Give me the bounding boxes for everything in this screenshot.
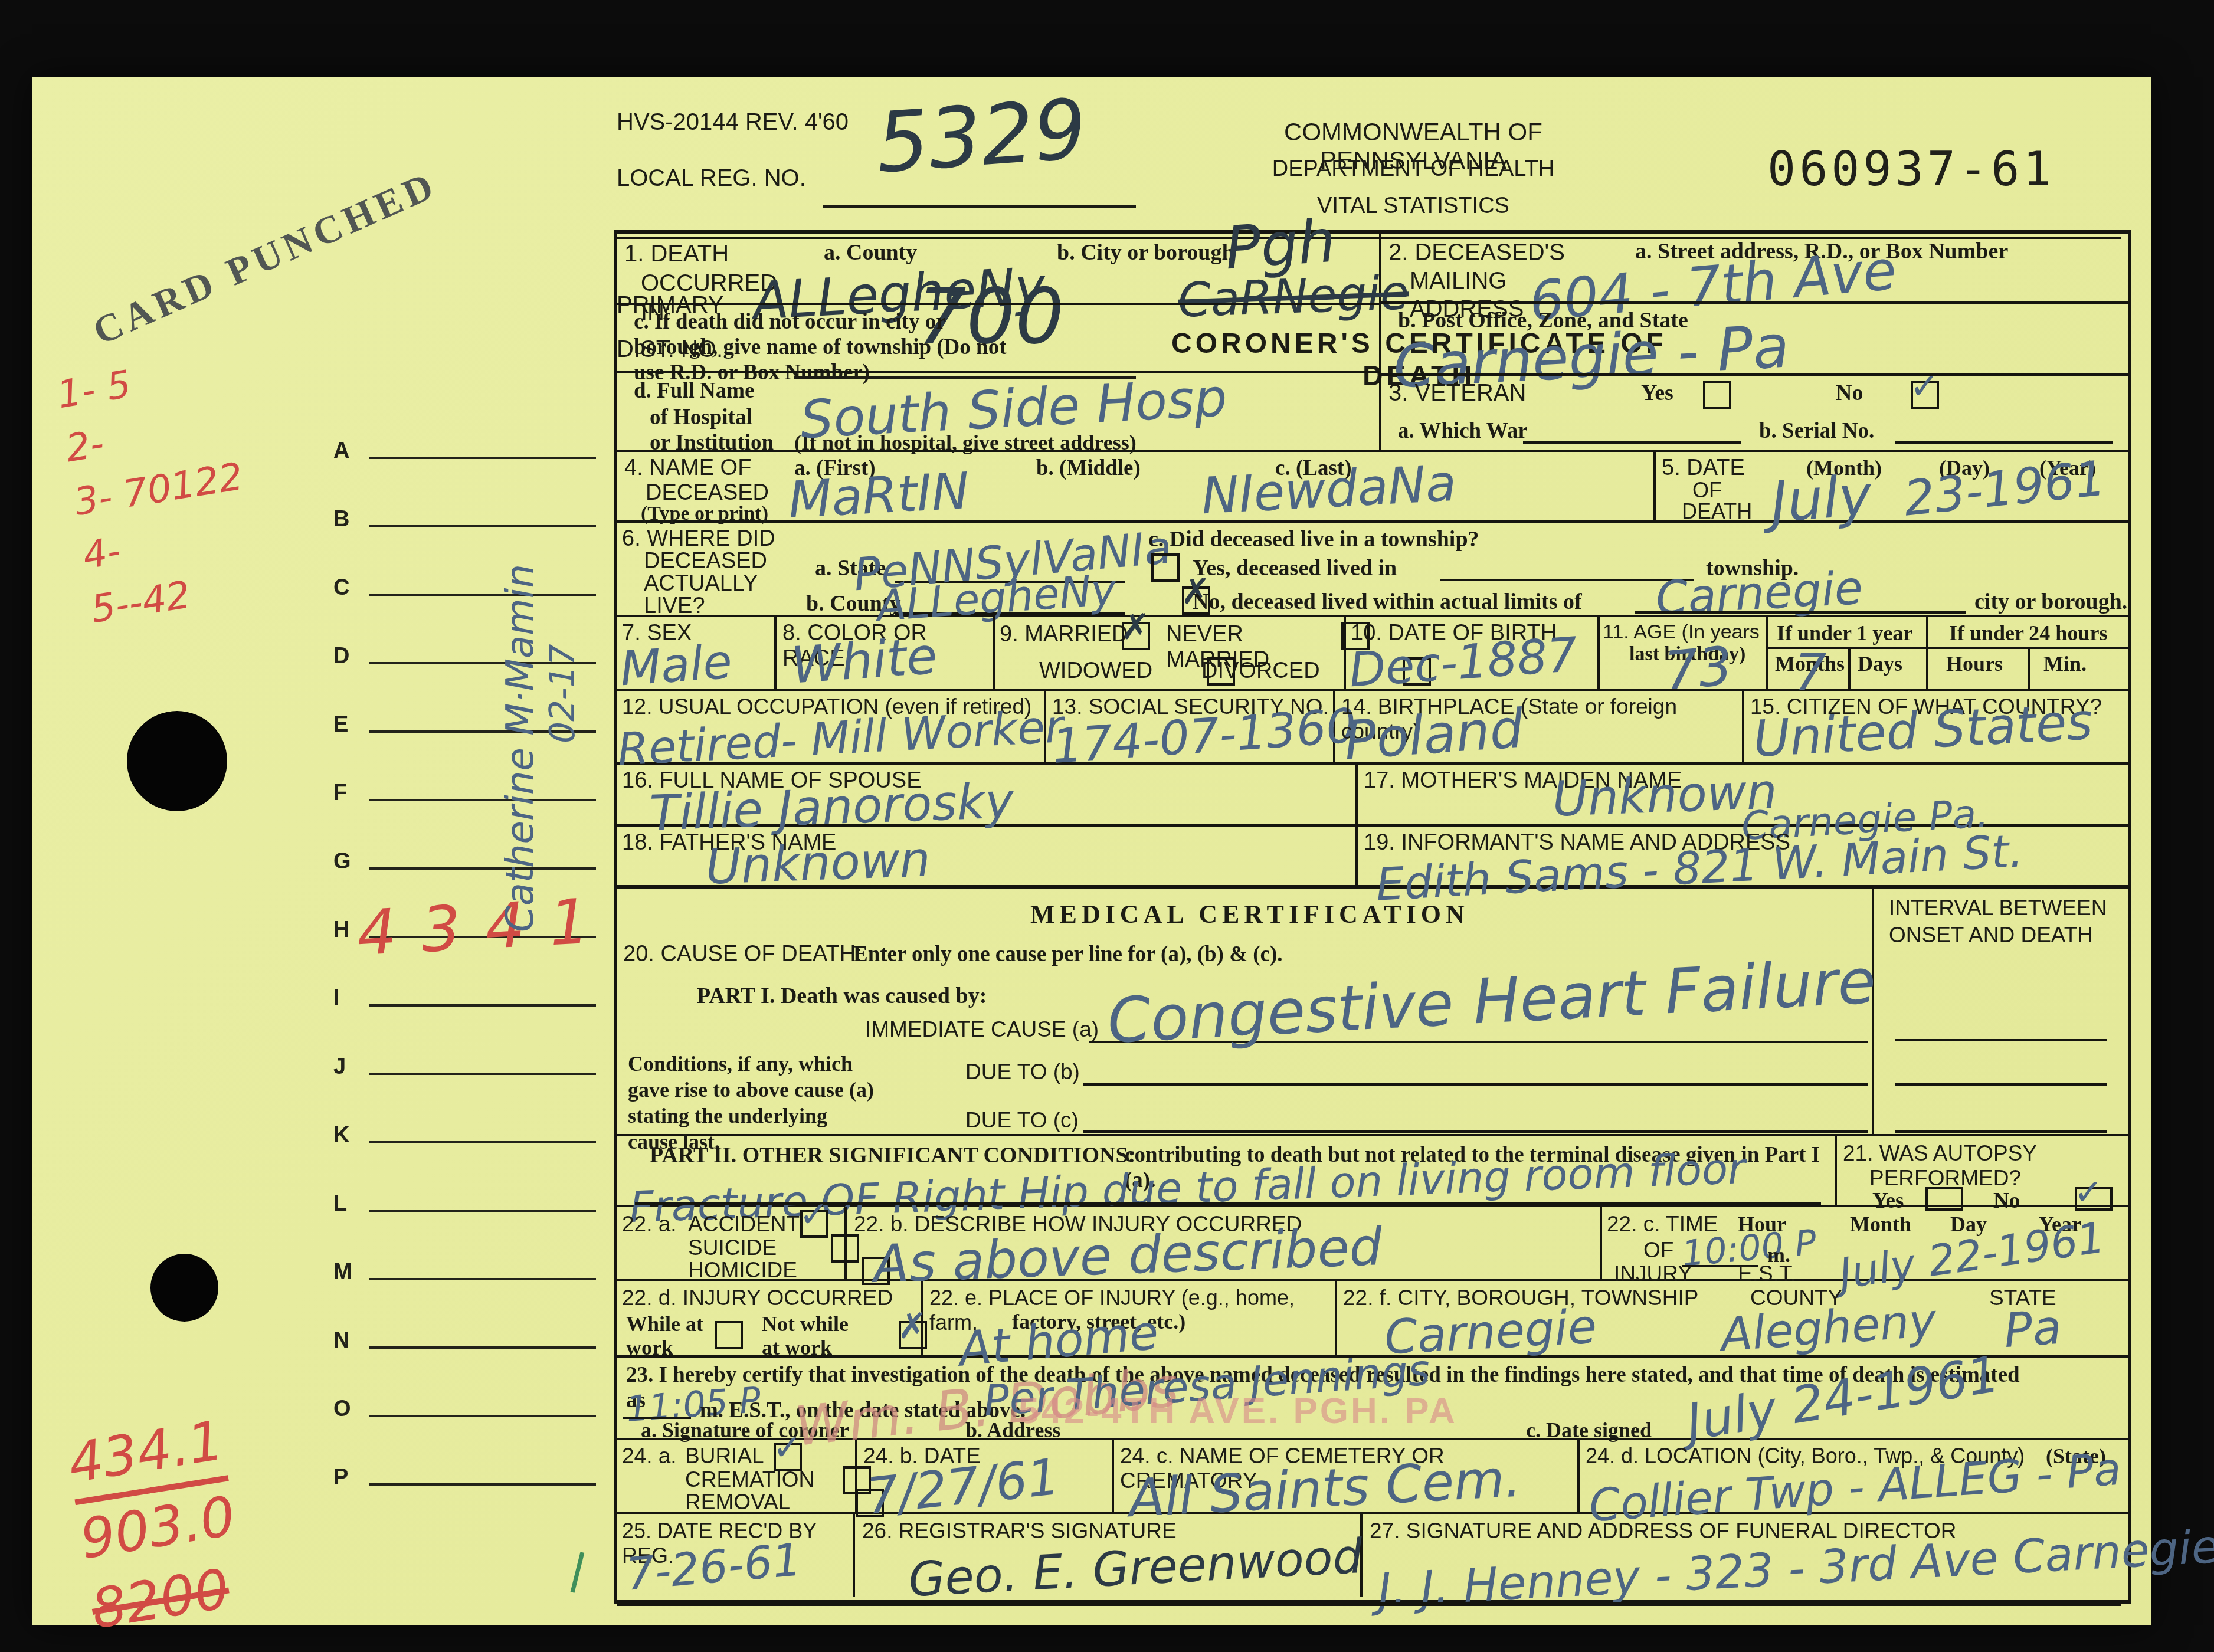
- box3-label: 3. VETERAN: [1388, 380, 1526, 407]
- interval-line: [1895, 1039, 2107, 1041]
- margin-letter: K: [333, 1123, 369, 1148]
- box22d-label: 22. d. INJURY OCCURRED: [622, 1286, 893, 1310]
- box1c-label: c. If death did not occur in city or bor…: [634, 309, 1011, 385]
- homicide-label: HOMICIDE: [688, 1258, 797, 1283]
- veteran-yes-checkbox[interactable]: [1703, 381, 1731, 409]
- box9-divorced-label: DIVORCED: [1201, 658, 1320, 684]
- card-punched-stamp: CARD PUNCHED: [87, 162, 444, 354]
- box7-value: Male: [618, 634, 734, 697]
- box24b: 24. b. DATE 7/27/61: [857, 1440, 1114, 1512]
- hours-min-divider: [2028, 647, 2030, 689]
- box1-number: 1. DEATH: [624, 241, 729, 267]
- margin-letter: A: [333, 438, 369, 464]
- accident-checkbox[interactable]: ✓: [800, 1209, 828, 1238]
- box20: MEDICAL CERTIFICATION 20. CAUSE OF DEATH…: [617, 889, 1874, 1134]
- box2-number: MAILING: [1410, 268, 1506, 294]
- margin-letter-row: P: [333, 1422, 596, 1490]
- box6-no-value: Carnegie: [1655, 562, 1864, 625]
- box6-no-label: No, deceased lived within actual limits …: [1193, 589, 1582, 615]
- local-reg-value: 5329: [873, 81, 1090, 192]
- box18: 18. FATHER'S NAME Unknown: [617, 827, 1358, 885]
- margin-letter-row: L: [333, 1148, 596, 1217]
- box18-value: Unknown: [705, 831, 931, 895]
- under24-label: If under 24 hours: [1949, 621, 2107, 645]
- not-while-at-work-label: Not while: [762, 1312, 849, 1336]
- while-at-work-label: work: [626, 1335, 673, 1360]
- box13: 13. SOCIAL SECURITY NO. 174-07-1360: [1046, 691, 1335, 762]
- accident-label: ACCIDENT: [688, 1212, 800, 1237]
- box20-label: 20. CAUSE OF DEATH:: [623, 942, 862, 967]
- burial-label: BURIAL: [685, 1444, 764, 1469]
- x-mark: ✗: [1121, 607, 1150, 648]
- box5-dayyear-value: 23-1961: [1901, 450, 2108, 527]
- month-header: Month: [1850, 1212, 1911, 1237]
- veteran-no-checkbox[interactable]: ✓: [1911, 381, 1939, 409]
- box4c-value: NIewdaNa: [1200, 454, 1458, 526]
- address-stamp: 542-4TH AVE. PGH. PA: [1018, 1390, 1458, 1432]
- box24c: 24. c. NAME OF CEMETERY OR CREMATORY All…: [1114, 1440, 1580, 1512]
- township-yes-checkbox[interactable]: [1151, 553, 1180, 582]
- row-13: 24. a. BURIAL ✓ CREMATION REMOVAL 24. b.…: [617, 1440, 2128, 1514]
- box27: 27. SIGNATURE AND ADDRESS OF FUNERAL DIR…: [1363, 1514, 2128, 1597]
- box6-yes-label: Yes, deceased lived in: [1193, 555, 1397, 581]
- checkmark: ✓: [772, 1427, 802, 1469]
- certificate-number: 060937-61: [1767, 142, 2055, 196]
- box6-borough-label: city or borough.: [1974, 589, 2127, 615]
- box9: 9. MARRIED ✗ NEVER MARRIED WIDOWED DIVOR…: [995, 617, 1346, 689]
- margin-letter: L: [333, 1191, 369, 1217]
- x-mark: ✗: [898, 1306, 927, 1347]
- due-to-b-line: [1083, 1083, 1868, 1086]
- margin-letter: M: [333, 1260, 369, 1285]
- interval-label: INTERVAL BETWEEN: [1889, 896, 2107, 920]
- margin-letter: I: [333, 986, 369, 1011]
- box20-note: Enter only one cause per line for (a), (…: [853, 942, 1283, 967]
- not-while-at-work-label: at work: [762, 1335, 832, 1360]
- box1d-label: d. Full Name: [634, 378, 755, 404]
- vertical-name: Catherine M·Mamin: [499, 195, 542, 932]
- box15: 15. CITIZEN OF WHAT COUNTRY? United Stat…: [1744, 691, 2128, 762]
- min-label: Min.: [2043, 651, 2087, 676]
- row-1: 1. DEATH OCCURRED IN: a. County b. City …: [617, 234, 2128, 452]
- box1: 1. DEATH OCCURRED IN: a. County b. City …: [617, 234, 1381, 450]
- box16: 16. FULL NAME OF SPOUSE Tillie Janorosky: [617, 765, 1358, 824]
- box9-married-label: 9. MARRIED: [1000, 622, 1128, 647]
- date-signed-label: c. Date signed: [1526, 1418, 1652, 1443]
- box6-number: 6. WHERE DID: [622, 526, 775, 552]
- state-value: Pa: [2002, 1300, 2064, 1359]
- row-14: 25. DATE REC'D BY REG. 7-26-61 26. REGIS…: [617, 1514, 2128, 1597]
- box8-value: White: [790, 627, 939, 696]
- months-days-divider: [1848, 647, 1851, 689]
- certificate-form: 1. DEATH OCCURRED IN: a. County b. City …: [614, 230, 2131, 1604]
- margin-letter-line: [369, 1004, 596, 1007]
- certificate-paper: CARD PUNCHED 1- 5 2- 3- 70122 4- 5--42 A…: [32, 77, 2151, 1625]
- box25: 25. DATE REC'D BY REG. 7-26-61: [617, 1514, 855, 1597]
- row-10: 22. a. ACCIDENT ✓ SUICIDE HOMICIDE 22. b…: [617, 1207, 2128, 1281]
- margin-letter-row: O: [333, 1353, 596, 1422]
- suicide-label: SUICIDE: [688, 1235, 777, 1260]
- box11-under24: If under 24 hours Hours Min.: [1928, 617, 2128, 689]
- immediate-cause-label: IMMEDIATE CAUSE (a): [865, 1017, 1099, 1042]
- box8: 8. COLOR OR RACE White: [777, 617, 995, 689]
- interval-label: ONSET AND DEATH: [1889, 923, 2093, 948]
- removal-label: REMOVAL: [685, 1490, 790, 1515]
- margin-letter: P: [333, 1465, 369, 1490]
- box26-label: 26. REGISTRAR'S SIGNATURE: [862, 1519, 1177, 1543]
- box21-label: 21. WAS AUTOPSY: [1843, 1141, 2037, 1166]
- box1d-label: of Hospital: [650, 405, 752, 430]
- margin-code-list: 1- 5 2- 3- 70122 4- 5--42: [54, 342, 264, 637]
- box19: 19. INFORMANT'S NAME AND ADDRESS Edith S…: [1358, 827, 2128, 885]
- box24d: 24. d. LOCATION (City, Boro., Twp., & Co…: [1580, 1440, 2128, 1512]
- margin-letter: F: [333, 781, 369, 806]
- part1-label: PART I. Death was caused by:: [697, 983, 987, 1009]
- vertical-number: 02-17: [542, 195, 582, 743]
- margin-letter: G: [333, 849, 369, 874]
- row-2: 4. NAME OF DECEASED (Type or print) a. (…: [617, 452, 2128, 523]
- margin-letter: B: [333, 507, 369, 532]
- medical-certification-title: MEDICAL CERTIFICATION: [1030, 899, 1469, 929]
- box9-widowed-label: WIDOWED: [1039, 658, 1152, 684]
- interval-column: INTERVAL BETWEEN ONSET AND DEATH: [1874, 889, 2128, 1134]
- cremation-label: CREMATION: [685, 1467, 814, 1492]
- part2-label: PART II. OTHER SIGNIFICANT CONDITIONS:: [650, 1142, 1135, 1168]
- box6-number: ACTUALLY: [644, 571, 758, 596]
- box22a-number: 22. a.: [622, 1212, 677, 1237]
- punch-hole: [127, 711, 227, 811]
- margin-letter-line: [369, 1209, 596, 1212]
- box11: 11. AGE (In years last birthday) 73: [1600, 617, 1768, 689]
- checkmark: ✓: [1910, 366, 1939, 407]
- margin-codes-bottom: 434.1 903.0 8200: [64, 1405, 251, 1646]
- box26: 26. REGISTRAR'S SIGNATURE Geo. E. Greenw…: [855, 1514, 1363, 1597]
- box4b-label: b. (Middle): [1036, 455, 1141, 481]
- interval-line: [1895, 1083, 2107, 1086]
- box6-number: DECEASED: [644, 549, 767, 574]
- while-at-work-checkbox[interactable]: [715, 1321, 743, 1349]
- row-5: 12. USUAL OCCUPATION (even if retired) R…: [617, 691, 2128, 765]
- interval-line: [1895, 1130, 2107, 1133]
- box7: 7. SEX Male: [617, 617, 777, 689]
- margin-letter-line: [369, 1346, 596, 1349]
- due-to-c-label: DUE TO (c): [965, 1108, 1079, 1133]
- box1-divider2: [617, 371, 1381, 373]
- double-rule-bottom: [617, 1602, 2121, 1606]
- margin-letter-line: [369, 1483, 596, 1486]
- box3-serial-label: b. Serial No.: [1759, 418, 1874, 444]
- box4-number: (Type or print): [641, 503, 768, 525]
- margin-letter: O: [333, 1397, 369, 1422]
- box3-divider: [1381, 373, 2128, 376]
- box1-divider: [617, 303, 1381, 305]
- box22b: 22. b. DESCRIBE HOW INJURY OCCURRED As a…: [847, 1207, 1602, 1279]
- box6c-label: c. Did deceased live in a township?: [1148, 526, 1479, 552]
- borough-line: [1635, 611, 1966, 614]
- while-at-work-label: While at: [626, 1312, 703, 1336]
- row-12: 23. I hereby certify that investigation …: [617, 1358, 2128, 1440]
- box10: 10. DATE OF BIRTH Dec-1887: [1346, 617, 1600, 689]
- box4a-value: MaRtIN: [787, 462, 971, 530]
- box5-number: DEATH: [1682, 499, 1752, 524]
- due-to-c-line: [1083, 1130, 1868, 1133]
- box24a-number: 24. a.: [622, 1444, 677, 1469]
- box14: 14. BIRTHPLACE (State or foreign country…: [1335, 691, 1744, 762]
- form-number: HVS-20144 REV. 4'60: [617, 109, 849, 136]
- burial-checkbox[interactable]: ✓: [774, 1443, 802, 1471]
- box21: 21. WAS AUTOPSY PERFORMED? Yes No ✓: [1837, 1136, 2128, 1205]
- margin-letter: J: [333, 1054, 369, 1080]
- row-7: 18. FATHER'S NAME Unknown 19. INFORMANT'…: [617, 827, 2128, 889]
- box22e: 22. e. PLACE OF INJURY (e.g., home, farm…: [923, 1281, 1337, 1355]
- box11-under1: If under 1 year Months Days 7: [1768, 617, 1928, 689]
- margin-letter: D: [333, 644, 369, 669]
- row-4: 7. SEX Male 8. COLOR OR RACE White 9. MA…: [617, 617, 2128, 691]
- margin-letter-line: [369, 1073, 596, 1075]
- margin-letter: E: [333, 712, 369, 737]
- box3-war-label: a. Which War: [1398, 418, 1528, 444]
- box2-divider: [1381, 301, 2128, 304]
- margin-letter: N: [333, 1328, 369, 1353]
- row-9: PART II. OTHER SIGNIFICANT CONDITIONS: c…: [617, 1136, 2128, 1207]
- box1b-label: b. City or borough: [1057, 240, 1234, 265]
- box22f: 22. f. CITY, BOROUGH, TOWNSHIP Carnegie …: [1337, 1281, 2128, 1355]
- box2-number: 2. DECEASED'S: [1388, 240, 1565, 266]
- days-label: Days: [1858, 651, 1902, 676]
- box14-value: Poland: [1342, 698, 1525, 772]
- row-11: 22. d. INJURY OCCURRED While at work Not…: [617, 1281, 2128, 1358]
- row-6: 16. FULL NAME OF SPOUSE Tillie Janorosky…: [617, 765, 2128, 827]
- box12: 12. USUAL OCCUPATION (even if retired) R…: [617, 691, 1046, 762]
- war-line: [1523, 441, 1741, 444]
- box22c: 22. c. TIME Hour OF 10:00 P m. INJURY E.…: [1602, 1207, 2128, 1279]
- date-signed-value: July 24-1961: [1683, 1345, 2004, 1452]
- hours-label: Hours: [1946, 651, 2003, 676]
- margin-letter-row: N: [333, 1285, 596, 1353]
- local-reg-label: LOCAL REG. NO.: [617, 165, 806, 192]
- box24a: 24. a. BURIAL ✓ CREMATION REMOVAL: [617, 1440, 857, 1512]
- punch-hole: [150, 1254, 218, 1322]
- box17: 17. MOTHER'S MAIDEN NAME Unknown Carnegi…: [1358, 765, 2128, 824]
- box4-number: DECEASED: [646, 480, 769, 506]
- checkmark: ✓: [799, 1194, 828, 1235]
- margin-letter-row: K: [333, 1080, 596, 1148]
- department-line: DEPARTMENT OF HEALTH: [1189, 156, 1637, 182]
- married-checkbox[interactable]: ✗: [1122, 622, 1150, 650]
- box3-no-label: No: [1836, 380, 1863, 406]
- box5-number: 5. DATE: [1662, 455, 1745, 481]
- box5: 5. DATE OF DEATH (Month) (Day) (Year) Ju…: [1656, 452, 2128, 520]
- box6-number: LIVE?: [644, 594, 705, 619]
- green-tick: [571, 1552, 585, 1593]
- vertical-note: Catherine M·Mamin 02-17: [499, 195, 582, 932]
- box4: 4. NAME OF DECEASED (Type or print) a. (…: [617, 452, 1656, 520]
- margin-letter-line: [369, 1278, 596, 1280]
- margin-letter: C: [333, 575, 369, 601]
- margin-letter-line: [369, 1415, 596, 1417]
- margin-letter-row: M: [333, 1217, 596, 1285]
- of-label: OF: [1643, 1238, 1673, 1263]
- box4-number: 4. NAME OF: [624, 455, 751, 481]
- serial-line: [1895, 441, 2113, 444]
- box1b-struck-value: CaRNegie: [1177, 265, 1410, 328]
- box3-yes-label: Yes: [1641, 380, 1673, 406]
- local-reg-line: [823, 205, 1136, 208]
- box22d: 22. d. INJURY OCCURRED While at work Not…: [617, 1281, 923, 1355]
- box2-box3: 2. DECEASED'S MAILING ADDRESS a. Street …: [1381, 234, 2128, 450]
- box1a-label: a. County: [824, 240, 917, 265]
- row-8: MEDICAL CERTIFICATION 20. CAUSE OF DEATH…: [617, 889, 2128, 1136]
- row-3: 6. WHERE DID DECEASED ACTUALLY LIVE? a. …: [617, 523, 2128, 617]
- margin-letter-row: J: [333, 1011, 596, 1080]
- box22a: 22. a. ACCIDENT ✓ SUICIDE HOMICIDE: [617, 1207, 847, 1279]
- due-to-b-label: DUE TO (b): [965, 1060, 1080, 1084]
- under1-label: If under 1 year: [1777, 621, 1912, 645]
- margin-letter-line: [369, 1141, 596, 1143]
- not-while-at-work-checkbox[interactable]: ✗: [899, 1321, 927, 1349]
